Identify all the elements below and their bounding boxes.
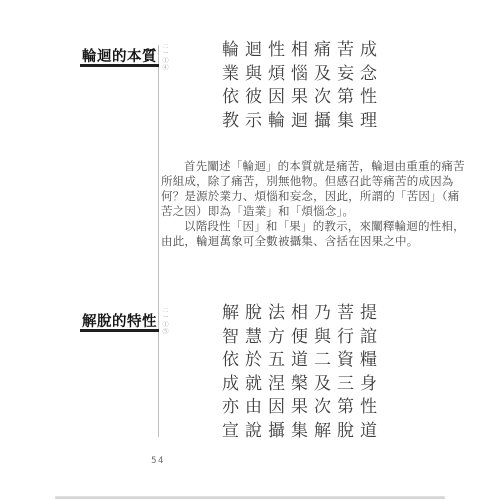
verse-line: 依彼因果次第性 <box>222 86 383 110</box>
verse-block-liberation: 解脫法相乃菩提 智慧方便與行誼 依於五道二資糧 成就涅槃及三身 亦由因果次第性 … <box>222 302 383 443</box>
verse-line: 成就涅槃及三身 <box>222 373 383 397</box>
outline-marker: 二一①⑤ <box>161 307 168 335</box>
verse-line: 輪迴性相痛苦成 <box>222 39 383 63</box>
section-heading-underline <box>80 329 159 332</box>
verse-line: 亦由因果次第性 <box>222 396 383 420</box>
verse-line: 依於五道二資糧 <box>222 349 383 373</box>
paragraph-line: 以階段性「因」和「果」的教示，來闡釋輪迴的性相， <box>161 219 401 234</box>
book-page: 輪迴的本質 二一①④ 輪迴性相痛苦成 業與煩惱及妄念 依彼因果次第性 教示輪迴攝… <box>0 0 500 500</box>
section-heading-liberation: 解脫的特性 <box>82 310 160 331</box>
paragraph-line: 由此，輪迴萬象可全數被攝集、含括在因果之中。 <box>161 234 401 249</box>
paragraph-line: 所組成，除了痛苦，別無他物。但感召此等痛苦的成因為 <box>161 174 401 189</box>
verse-line: 智慧方便與行誼 <box>222 326 383 350</box>
page-edge-shadow <box>55 496 445 499</box>
verse-block-samsara: 輪迴性相痛苦成 業與煩惱及妄念 依彼因果次第性 教示輪迴攝集理 <box>222 39 383 133</box>
paragraph-line: 何？是源於業力、煩惱和妄念，因此，所謂的「苦因」（痛 <box>161 189 401 204</box>
vertical-rule <box>158 45 159 437</box>
verse-line: 教示輪迴攝集理 <box>222 110 383 134</box>
paragraph-line: 首先闡述「輪迴」的本質就是痛苦，輪迴由重重的痛苦 <box>161 159 401 174</box>
page-number: 54 <box>147 456 169 466</box>
paragraph-line: 苦之因）即為「造業」和「煩惱念」。 <box>161 204 401 219</box>
verse-line: 業與煩惱及妄念 <box>222 63 383 87</box>
verse-line: 宣說攝集解脫道 <box>222 420 383 444</box>
section-heading-underline <box>80 64 159 67</box>
section-heading-samsara: 輪迴的本質 <box>82 45 160 66</box>
outline-marker: 二一①④ <box>161 43 168 71</box>
commentary-text: 首先闡述「輪迴」的本質就是痛苦，輪迴由重重的痛苦 所組成，除了痛苦，別無他物。但… <box>161 159 401 249</box>
verse-line: 解脫法相乃菩提 <box>222 302 383 326</box>
